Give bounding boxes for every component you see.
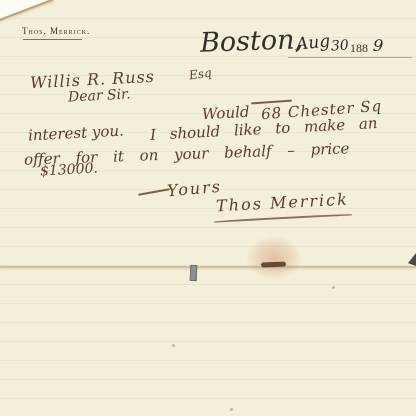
fold-crease <box>0 266 416 268</box>
body-line2a: interest you. <box>28 122 125 145</box>
letterhead-underline <box>23 39 82 40</box>
paper-speck <box>332 286 335 289</box>
dateline-printed-rule <box>288 57 412 58</box>
salutation: Dear Sir. <box>68 86 131 105</box>
paper-speck <box>230 408 233 411</box>
rust-stain <box>246 236 302 280</box>
right-edge-mark <box>408 253 416 266</box>
letterhead-name: Thos. Merrick. <box>22 26 90 36</box>
paper-speck <box>172 344 175 347</box>
body-price-amount: $13000. <box>40 160 99 179</box>
dateline-city: Boston, <box>199 24 303 59</box>
scanned-letter-document: Thos. Merrick. Boston, Aug 30 188 9 Will… <box>0 0 416 416</box>
signature-flourish <box>214 213 352 222</box>
ink-smudge <box>261 262 286 268</box>
dateline-year-digit: 9 <box>372 36 383 56</box>
valediction: Yours <box>166 177 222 201</box>
signature: Thos Merrick <box>216 190 350 216</box>
folded-corner <box>0 0 54 23</box>
staple-mark <box>190 265 198 281</box>
dateline-year-printed: 188 <box>350 41 368 56</box>
recipient-honorific: Esq <box>188 65 212 82</box>
valediction-flourish <box>138 188 170 196</box>
dateline-day: 30 <box>330 37 349 54</box>
dateline-month: Aug <box>295 31 331 54</box>
